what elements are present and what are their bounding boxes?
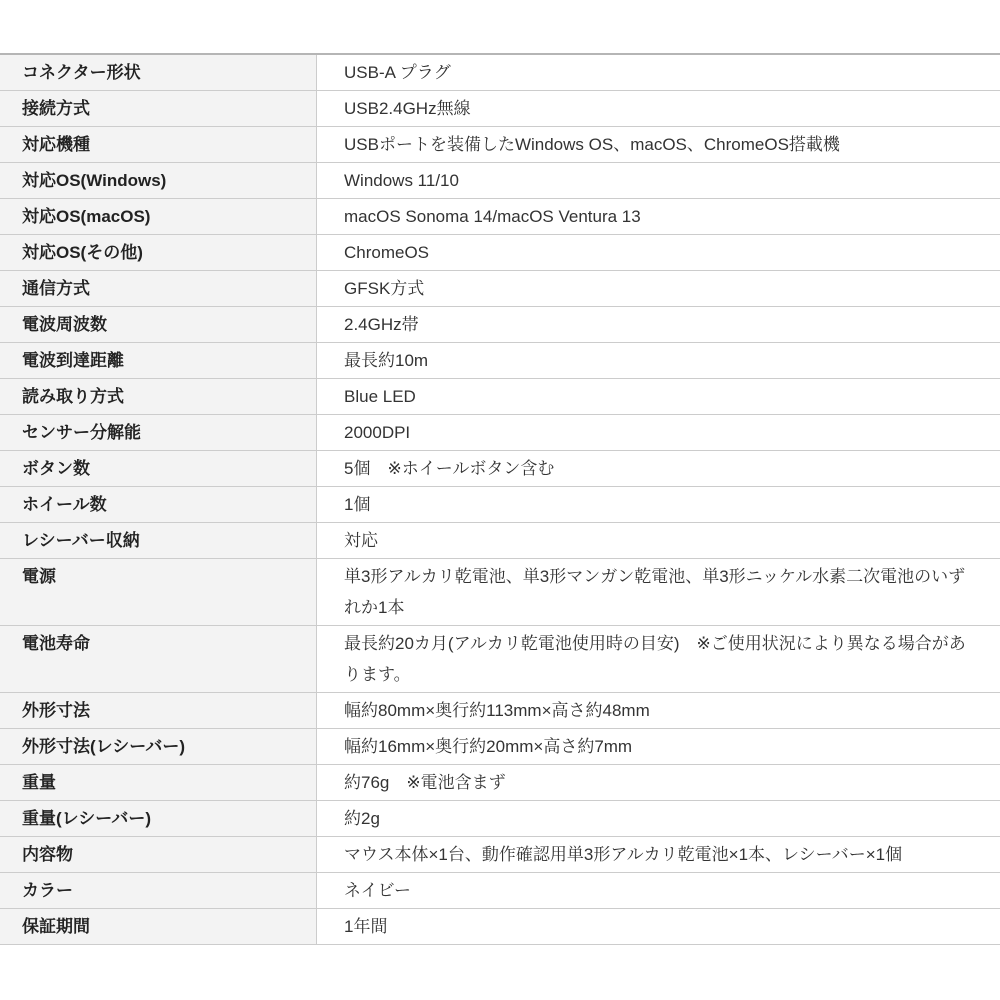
spec-label: 接続方式: [0, 91, 317, 126]
spec-label: レシーバー収納: [0, 523, 317, 558]
table-row: 内容物マウス本体×1台、動作確認用単3形アルカリ乾電池×1本、レシーバー×1個: [0, 837, 1000, 873]
spec-label: ボタン数: [0, 451, 317, 486]
table-row: 対応OS(その他)ChromeOS: [0, 235, 1000, 271]
spec-value: 1年間: [317, 909, 1000, 944]
spec-value: macOS Sonoma 14/macOS Ventura 13: [317, 199, 1000, 234]
spec-label: 外形寸法: [0, 693, 317, 728]
spec-value: 約2g: [317, 801, 1000, 836]
table-row: 重量約76g ※電池含まず: [0, 765, 1000, 801]
spec-value: 対応: [317, 523, 1000, 558]
spec-label: 電源: [0, 559, 317, 625]
spec-value: 約76g ※電池含まず: [317, 765, 1000, 800]
table-row: 接続方式USB2.4GHz無線: [0, 91, 1000, 127]
table-row: 電波周波数2.4GHz帯: [0, 307, 1000, 343]
spec-label: 外形寸法(レシーバー): [0, 729, 317, 764]
table-row: コネクター形状USB-A プラグ: [0, 55, 1000, 91]
spec-value: ネイビー: [317, 873, 1000, 908]
table-row: 重量(レシーバー)約2g: [0, 801, 1000, 837]
table-row: カラーネイビー: [0, 873, 1000, 909]
spec-label: ホイール数: [0, 487, 317, 522]
table-row: 対応OS(Windows)Windows 11/10: [0, 163, 1000, 199]
table-row: 電波到達距離最長約10m: [0, 343, 1000, 379]
spec-label: 通信方式: [0, 271, 317, 306]
spec-label: センサー分解能: [0, 415, 317, 450]
table-row: ボタン数5個 ※ホイールボタン含む: [0, 451, 1000, 487]
spec-value: 2000DPI: [317, 415, 1000, 450]
spec-value: 5個 ※ホイールボタン含む: [317, 451, 1000, 486]
spec-value: 1個: [317, 487, 1000, 522]
spec-value: USB-A プラグ: [317, 55, 1000, 90]
spec-label: 読み取り方式: [0, 379, 317, 414]
spec-label: カラー: [0, 873, 317, 908]
spec-value: Blue LED: [317, 379, 1000, 414]
spec-value: ChromeOS: [317, 235, 1000, 270]
spec-label: 対応OS(その他): [0, 235, 317, 270]
spec-table: コネクター形状USB-A プラグ接続方式USB2.4GHz無線対応機種USBポー…: [0, 53, 1000, 945]
spec-value: 幅約80mm×奥行約113mm×高さ約48mm: [317, 693, 1000, 728]
table-row: ホイール数1個: [0, 487, 1000, 523]
spec-value: 単3形アルカリ乾電池、単3形マンガン乾電池、単3形ニッケル水素二次電池のいずれか…: [317, 559, 1000, 625]
spec-label: 重量: [0, 765, 317, 800]
spec-value: USB2.4GHz無線: [317, 91, 1000, 126]
table-row: 対応機種USBポートを装備したWindows OS、macOS、ChromeOS…: [0, 127, 1000, 163]
product-spec-page: コネクター形状USB-A プラグ接続方式USB2.4GHz無線対応機種USBポー…: [0, 0, 1000, 1000]
spec-label: 重量(レシーバー): [0, 801, 317, 836]
spec-label: 電波到達距離: [0, 343, 317, 378]
spec-value: マウス本体×1台、動作確認用単3形アルカリ乾電池×1本、レシーバー×1個: [317, 837, 1000, 872]
table-row: センサー分解能2000DPI: [0, 415, 1000, 451]
table-row: 保証期間1年間: [0, 909, 1000, 945]
spec-label: 電池寿命: [0, 626, 317, 692]
spec-label: 対応機種: [0, 127, 317, 162]
table-row: 対応OS(macOS)macOS Sonoma 14/macOS Ventura…: [0, 199, 1000, 235]
spec-label: 対応OS(macOS): [0, 199, 317, 234]
table-row: 電源単3形アルカリ乾電池、単3形マンガン乾電池、単3形ニッケル水素二次電池のいず…: [0, 559, 1000, 626]
table-row: 外形寸法幅約80mm×奥行約113mm×高さ約48mm: [0, 693, 1000, 729]
table-row: レシーバー収納対応: [0, 523, 1000, 559]
table-row: 読み取り方式Blue LED: [0, 379, 1000, 415]
spec-label: 内容物: [0, 837, 317, 872]
spec-value: 最長約20カ月(アルカリ乾電池使用時の目安) ※ご使用状況により異なる場合があり…: [317, 626, 1000, 692]
spec-label: 電波周波数: [0, 307, 317, 342]
spec-value: USBポートを装備したWindows OS、macOS、ChromeOS搭載機: [317, 127, 1000, 162]
spec-value: 幅約16mm×奥行約20mm×高さ約7mm: [317, 729, 1000, 764]
spec-label: 対応OS(Windows): [0, 163, 317, 198]
table-row: 外形寸法(レシーバー)幅約16mm×奥行約20mm×高さ約7mm: [0, 729, 1000, 765]
spec-value: GFSK方式: [317, 271, 1000, 306]
table-row: 通信方式GFSK方式: [0, 271, 1000, 307]
spec-label: 保証期間: [0, 909, 317, 944]
spec-value: Windows 11/10: [317, 163, 1000, 198]
spec-value: 最長約10m: [317, 343, 1000, 378]
spec-value: 2.4GHz帯: [317, 307, 1000, 342]
spec-label: コネクター形状: [0, 55, 317, 90]
table-row: 電池寿命最長約20カ月(アルカリ乾電池使用時の目安) ※ご使用状況により異なる場…: [0, 626, 1000, 693]
